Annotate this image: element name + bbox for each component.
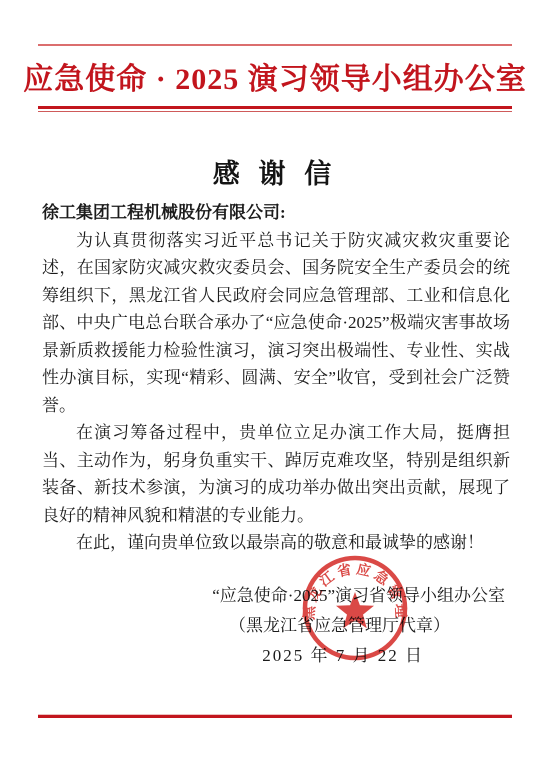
paragraph-1: 为认真贯彻落实习近平总书记关于防灾减灾救灾重要论述，在国家防灾减灾救灾委员会、国… bbox=[42, 227, 510, 420]
signature-date: 2025 年 7 月 22 日 bbox=[0, 641, 550, 671]
paragraph-2: 在演习筹备过程中，贵单位立足办演工作大局，挺膺担当、主动作为，躬身负重实干、踔厉… bbox=[42, 419, 510, 529]
header-rule-thin bbox=[38, 111, 512, 112]
footer-rule bbox=[38, 714, 512, 718]
letterhead-title: 应急使命 · 2025 演习领导小组办公室 bbox=[0, 54, 550, 98]
header-top-rule bbox=[38, 44, 512, 46]
signature-org: “应急使命·2025”演习省领导小组办公室 bbox=[0, 581, 550, 611]
paragraph-3: 在此，谨向贵单位致以最崇高的敬意和最诚挚的感谢！ bbox=[42, 529, 510, 557]
footer-rule-main bbox=[38, 715, 512, 718]
signature-block: “应急使命·2025”演习省领导小组办公室 （黑龙江省应急管理厅代章） 2025… bbox=[0, 581, 550, 671]
recipient-line: 徐工集团工程机械股份有限公司: bbox=[42, 199, 510, 227]
letter-title: 感 谢 信 bbox=[0, 152, 550, 191]
thank-you-letter-document: 应急使命 · 2025 演习领导小组办公室 感 谢 信 徐工集团工程机械股份有限… bbox=[0, 0, 550, 766]
letter-body: 徐工集团工程机械股份有限公司: 为认真贯彻落实习近平总书记关于防灾减灾救灾重要论… bbox=[42, 199, 510, 557]
header-double-rule bbox=[38, 106, 512, 112]
signature-on-behalf: （黑龙江省应急管理厅代章） bbox=[0, 611, 550, 641]
